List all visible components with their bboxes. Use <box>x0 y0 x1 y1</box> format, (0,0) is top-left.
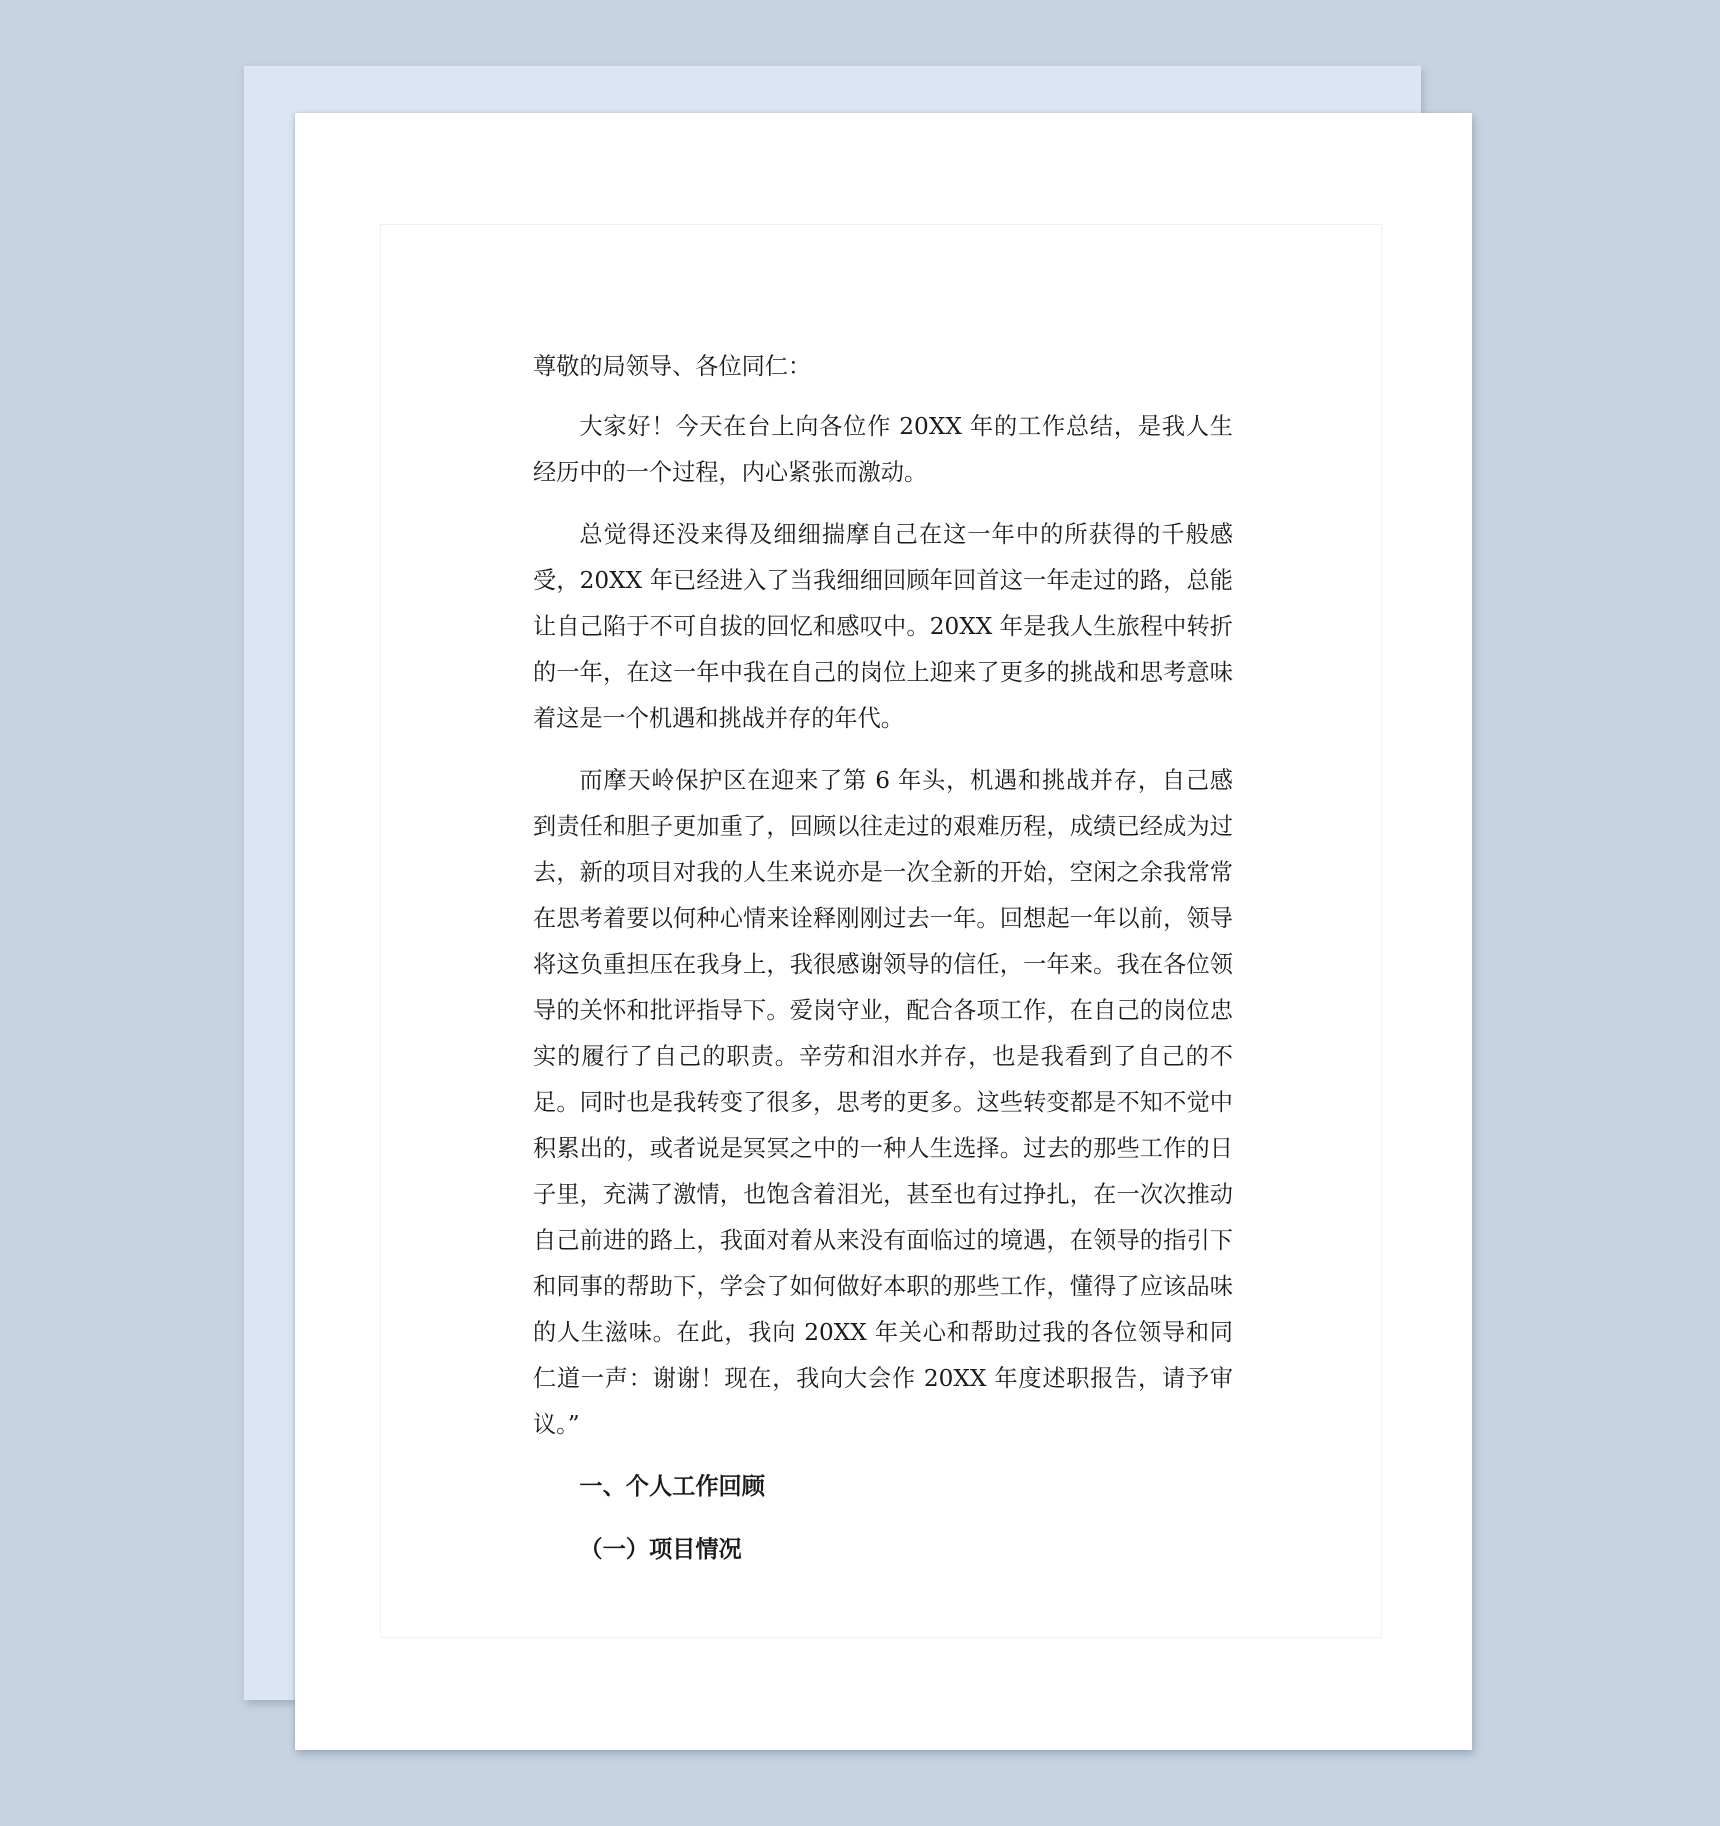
document-page: 尊敬的局领导、各位同仁： 大家好！今天在台上向各位作 20XX 年的工作总结，是… <box>295 113 1472 1750</box>
paragraph-reflection: 总觉得还没来得及细细揣摩自己在这一年中的所获得的千般感受，20XX 年已经进入了… <box>533 512 1233 742</box>
subsection-heading: （一）项目情况 <box>533 1527 1233 1573</box>
section-heading: 一、个人工作回顾 <box>533 1464 1233 1510</box>
paragraph-greeting: 大家好！今天在台上向各位作 20XX 年的工作总结，是我人生经历中的一个过程，内… <box>533 404 1233 496</box>
document-body: 尊敬的局领导、各位同仁： 大家好！今天在台上向各位作 20XX 年的工作总结，是… <box>533 344 1233 1589</box>
paragraph-main: 而摩天岭保护区在迎来了第 6 年头，机遇和挑战并存，自己感到责任和胆子更加重了，… <box>533 758 1233 1448</box>
salutation: 尊敬的局领导、各位同仁： <box>533 344 1233 390</box>
